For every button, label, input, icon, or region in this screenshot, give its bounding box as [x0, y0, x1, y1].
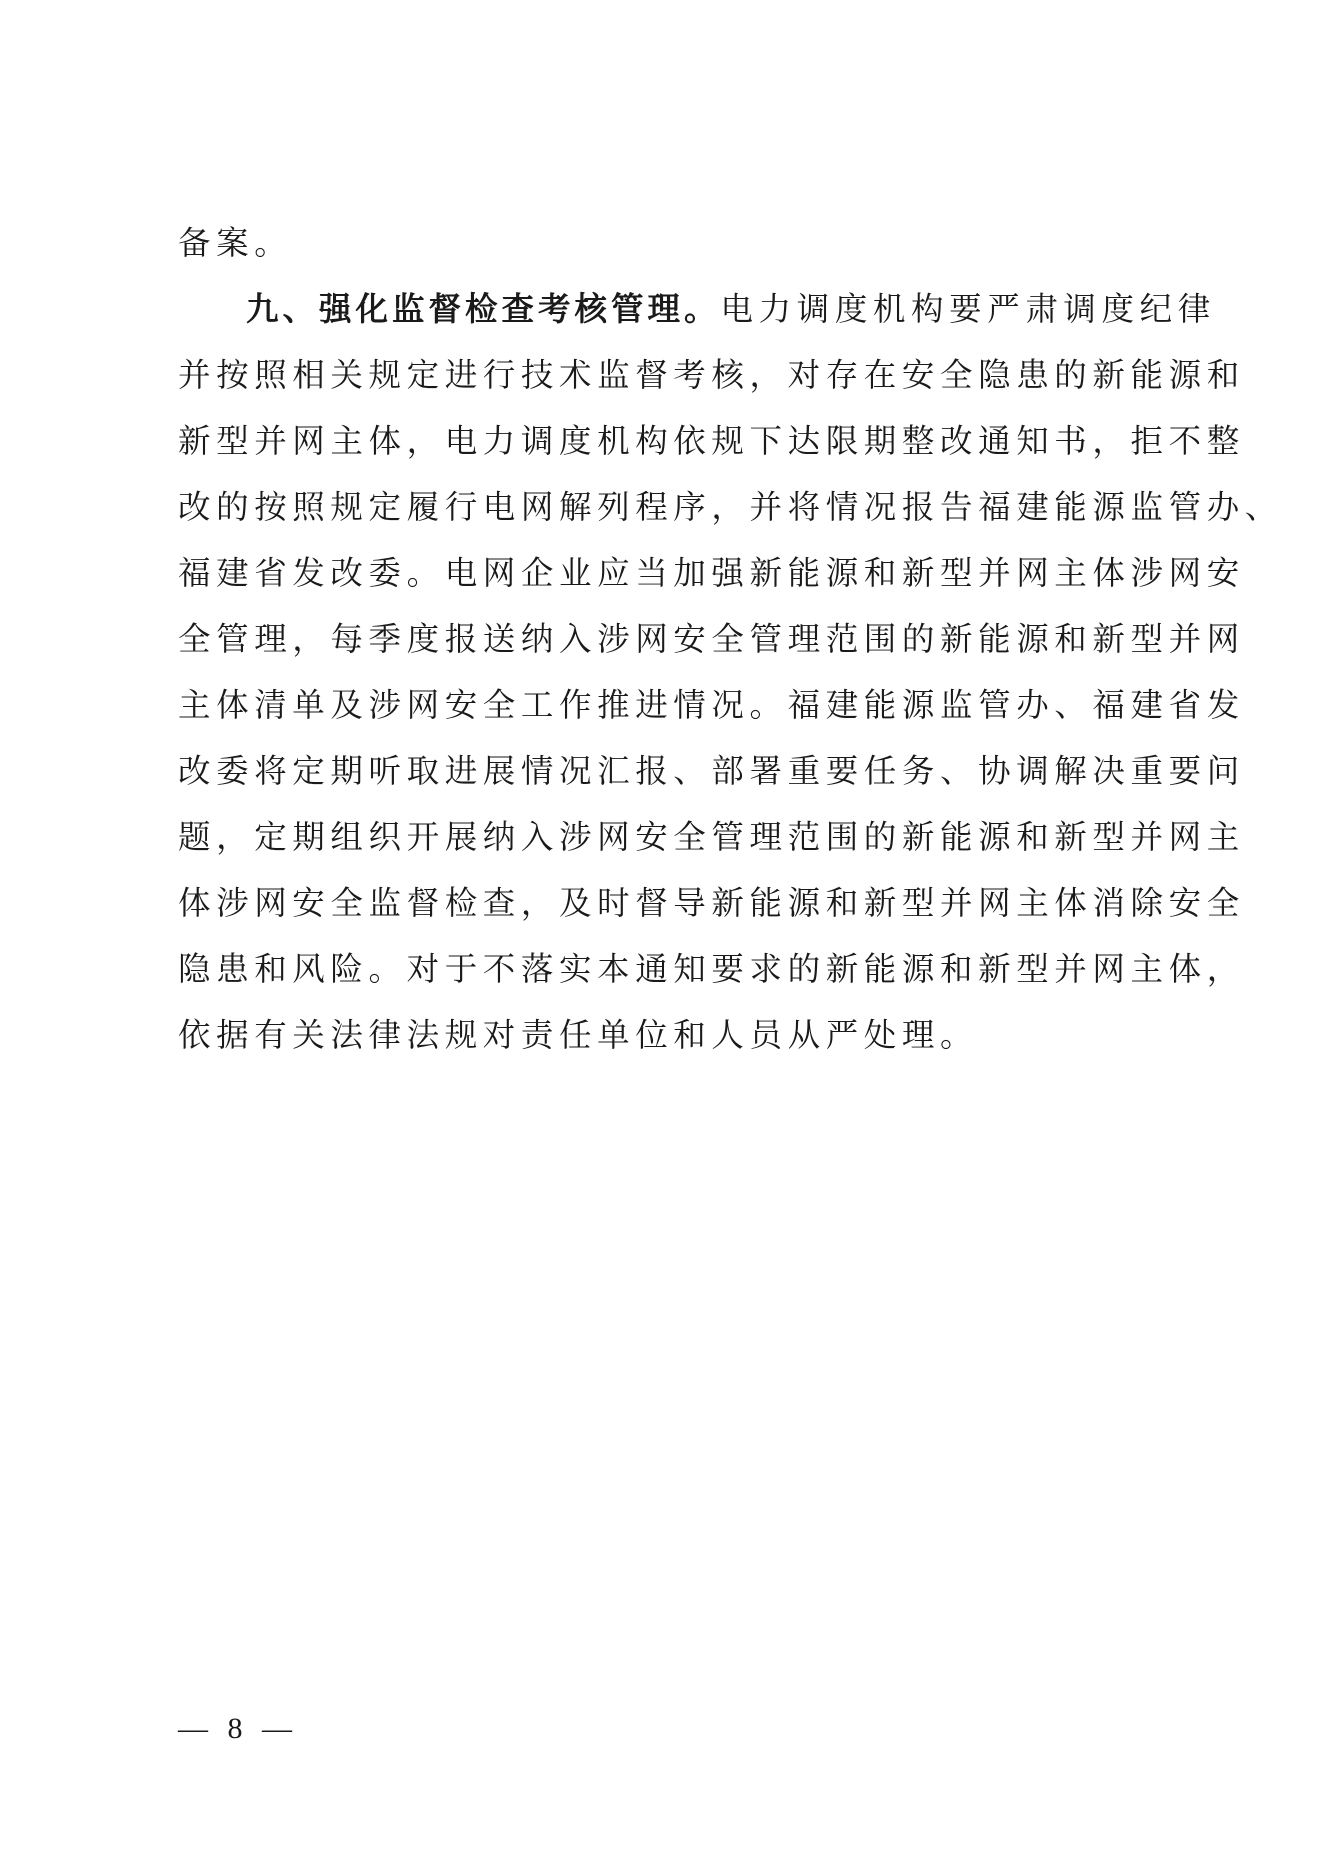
section-nine-first-line: 九、强化监督检查考核管理。电力调度机构要严肃调度纪律 [178, 276, 1168, 342]
section-nine-text: 电力调度机构要严肃调度纪律 [721, 290, 1216, 328]
page-number: — 8 — [178, 1712, 298, 1746]
paragraph-line: 题，定期组织开展纳入涉网安全管理范围的新能源和新型并网主 [178, 804, 1168, 870]
section-heading: 九、强化监督检查考核管理。 [246, 290, 721, 328]
paragraph-line: 隐患和风险。对于不落实本通知要求的新能源和新型并网主体， [178, 936, 1168, 1002]
paragraph-line: 福建省发改委。电网企业应当加强新能源和新型并网主体涉网安 [178, 540, 1168, 606]
paragraph-line: 主体清单及涉网安全工作推进情况。福建能源监管办、福建省发 [178, 672, 1168, 738]
paragraph-line: 依据有关法律法规对责任单位和人员从严处理。 [178, 1002, 1168, 1068]
paragraph-line: 新型并网主体，电力调度机构依规下达限期整改通知书，拒不整 [178, 408, 1168, 474]
paragraph-line: 全管理，每季度报送纳入涉网安全管理范围的新能源和新型并网 [178, 606, 1168, 672]
paragraph-line: 改委将定期听取进展情况汇报、部署重要任务、协调解决重要问 [178, 738, 1168, 804]
paragraph-line: 并按照相关规定进行技术监督考核，对存在安全隐患的新能源和 [178, 342, 1168, 408]
paragraph-line: 改的按照规定履行电网解列程序，并将情况报告福建能源监管办、 [178, 474, 1168, 540]
paragraph-line: 备案。 [178, 210, 1168, 276]
document-page: 备案。 九、强化监督检查考核管理。电力调度机构要严肃调度纪律 并按照相关规定进行… [178, 210, 1168, 1068]
paragraph-line: 体涉网安全监督检查，及时督导新能源和新型并网主体消除安全 [178, 870, 1168, 936]
